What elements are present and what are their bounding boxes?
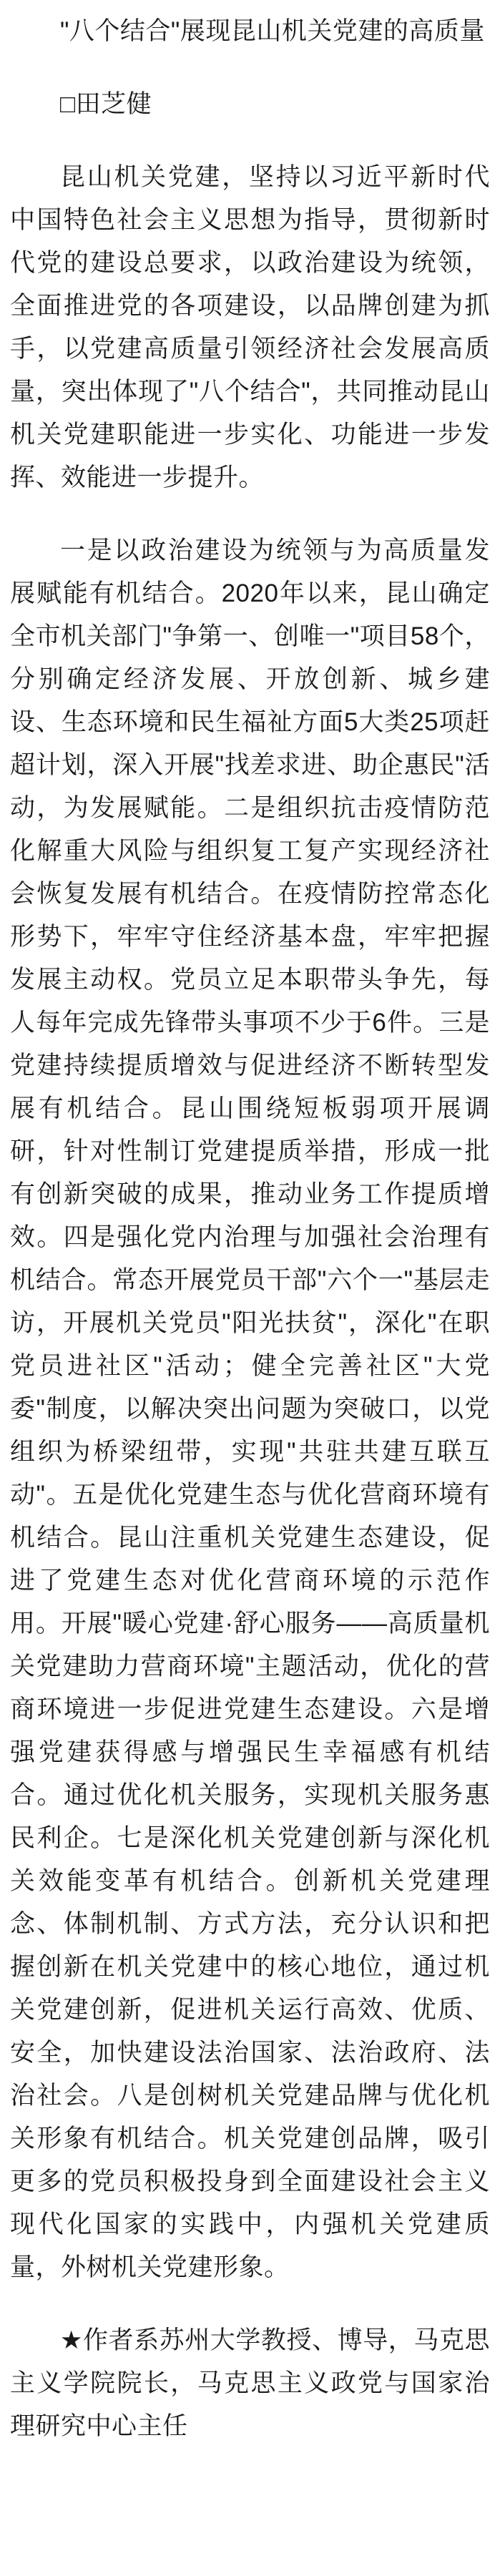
article-paragraph-body: 一是以政治建设为统领与为高质量发展赋能有机结合。2020年以来，昆山确定全市机关… xyxy=(10,529,490,2289)
article-page: "八个结合"展现昆山机关党建的高质量 □田芝健 昆山机关党建，坚持以习近平新时代… xyxy=(0,0,500,2576)
article-paragraph-intro: 昆山机关党建，坚持以习近平新时代中国特色社会主义思想为指导，贯彻新时代党的建设总… xyxy=(10,156,490,499)
article-author: □田芝健 xyxy=(10,83,490,126)
article-title: "八个结合"展现昆山机关党建的高质量 xyxy=(10,10,490,53)
author-bio-note: ★作者系苏州大学教授、博导，马克思主义学院院长，马克思主义政党与国家治理研究中心… xyxy=(10,2319,490,2448)
